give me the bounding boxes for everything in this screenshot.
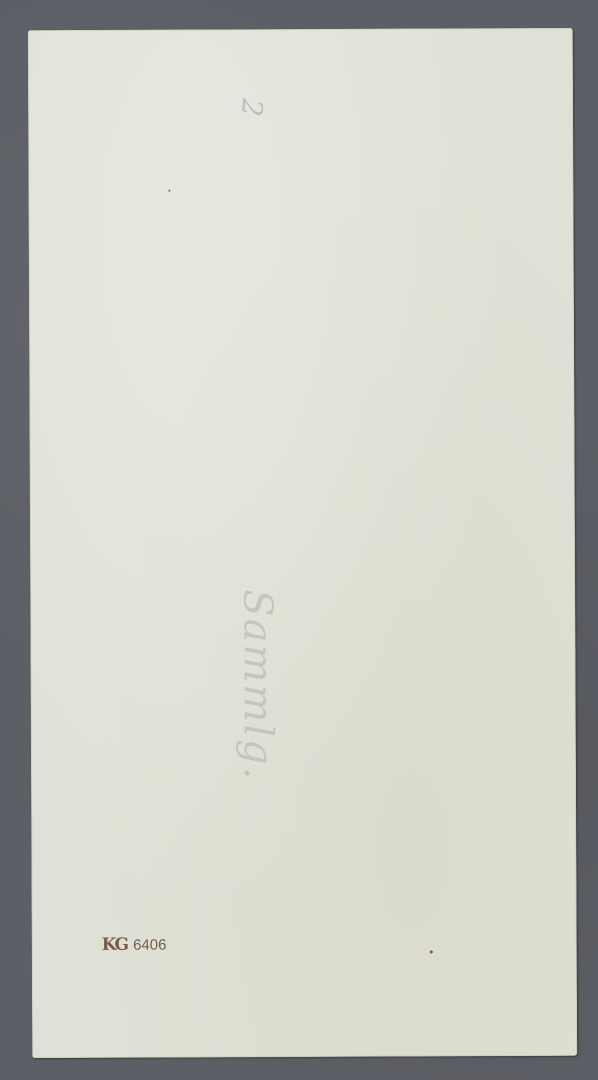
pencil-inscription: Sammlg. [234,589,281,781]
card-back: 2 Sammlg. KG 6406 [28,28,577,1058]
publisher-logo-icon: KG [102,935,127,955]
card-code: 6406 [133,936,166,953]
publisher-imprint: KG 6406 [102,935,167,955]
speck [430,950,433,953]
pencil-mark-number: 2 [235,97,269,117]
speck [168,190,170,192]
